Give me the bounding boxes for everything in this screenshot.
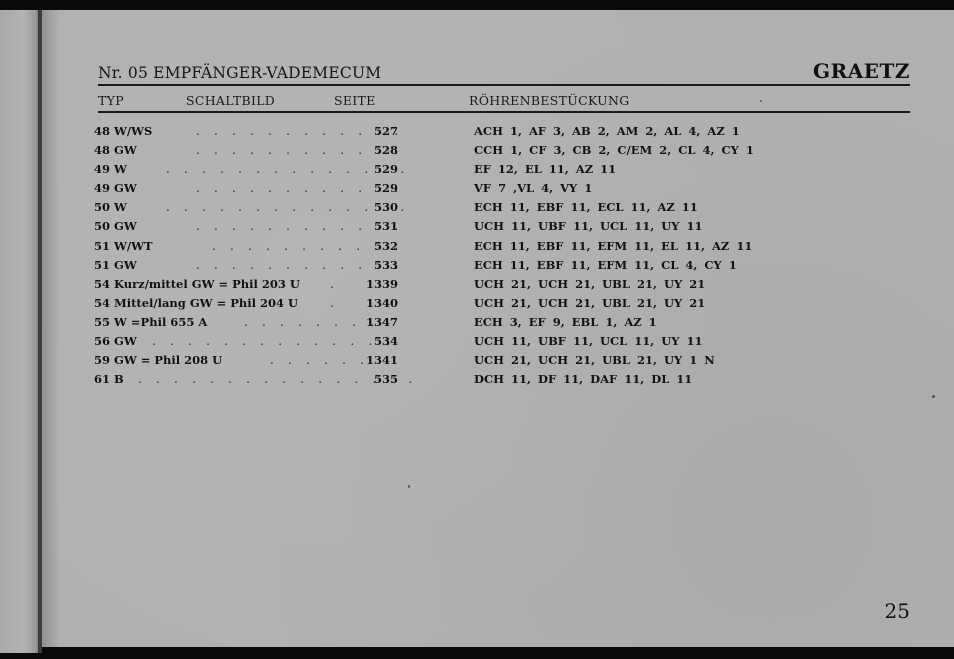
page-reference: 1341 <box>352 353 398 367</box>
table-row: 49 GW. . . . . . . . . . . .529VF 7 ,VL … <box>94 179 814 198</box>
receiver-type: 48 W/WS <box>94 124 152 138</box>
page-reference: 529 <box>352 162 398 176</box>
page-reference: 529 <box>352 181 398 195</box>
receiver-type: 54 Mittel/lang GW = Phil 204 U <box>94 296 298 310</box>
receiver-type: 54 Kurz/mittel GW = Phil 203 U <box>94 277 300 291</box>
dot-leader: . <box>330 277 339 291</box>
paper-speck <box>408 485 410 488</box>
column-header-schaltbild: SCHALTBILD <box>186 93 275 108</box>
page-reference: 531 <box>352 219 398 233</box>
dot-leader: . <box>330 296 339 310</box>
tube-complement: CCH 1, CF 3, CB 2, C/EM 2, CL 4, CY 1 <box>474 143 754 157</box>
receiver-table: 48 W/WS. . . . . . . . . . . .527ACH 1, … <box>94 122 814 389</box>
page-shadow <box>42 10 60 647</box>
table-row: 48 GW. . . . . . . . . . . .528CCH 1, CF… <box>94 141 814 160</box>
tube-complement: EF 12, EL 11, AZ 11 <box>474 162 616 176</box>
table-row: 48 W/WS. . . . . . . . . . . .527ACH 1, … <box>94 122 814 141</box>
tube-complement: UCH 11, UBF 11, UCL 11, UY 11 <box>474 219 703 233</box>
page-reference: 530 <box>352 200 398 214</box>
receiver-type: 49 W <box>94 162 127 176</box>
receiver-type: 49 GW <box>94 181 137 195</box>
receiver-type: 59 GW = Phil 208 U <box>94 353 222 367</box>
paper-speck <box>932 395 935 398</box>
page-reference: 1340 <box>352 296 398 310</box>
table-row: 50 W. . . . . . . . . . . . . .530ECH 11… <box>94 198 814 217</box>
tube-complement: ECH 11, EBF 11, EFM 11, EL 11, AZ 11 <box>474 239 752 253</box>
page-reference: 1339 <box>352 277 398 291</box>
receiver-type: 56 GW <box>94 334 137 348</box>
tube-complement: VF 7 ,VL 4, VY 1 <box>474 181 592 195</box>
tube-complement: UCH 21, UCH 21, UBL 21, UY 1 N <box>474 353 715 367</box>
page-reference: 1347 <box>352 315 398 329</box>
table-row: 51 W/WT. . . . . . . . . . .532ECH 11, E… <box>94 237 814 256</box>
column-header-typ: TYP <box>98 93 124 108</box>
table-row: 55 W =Phil 655 A. . . . . . . .1347ECH 3… <box>94 313 814 332</box>
brand-name: GRAETZ <box>813 59 910 83</box>
table-row: 54 Mittel/lang GW = Phil 204 U.1340UCH 2… <box>94 294 814 313</box>
receiver-type: 48 GW <box>94 143 137 157</box>
page-title: Nr. 05 EMPFÄNGER-VADEMECUM <box>98 64 381 82</box>
tube-complement: UCH 11, UBF 11, UCL 11, UY 11 <box>474 334 703 348</box>
receiver-type: 51 GW <box>94 258 137 272</box>
tube-complement: ECH 11, EBF 11, ECL 11, AZ 11 <box>474 200 698 214</box>
page-reference: 535 <box>352 372 398 386</box>
table-row: 61 B. . . . . . . . . . . . . . . .535DC… <box>94 370 814 389</box>
page-reference: 527 <box>352 124 398 138</box>
receiver-type: 51 W/WT <box>94 239 153 253</box>
paper-speck <box>760 100 762 102</box>
tube-complement: ECH 11, EBF 11, EFM 11, CL 4, CY 1 <box>474 258 737 272</box>
table-row: 49 W. . . . . . . . . . . . . .529EF 12,… <box>94 160 814 179</box>
book-page: Nr. 05 EMPFÄNGER-VADEMECUM GRAETZ TYP SC… <box>42 10 954 647</box>
receiver-type: 50 GW <box>94 219 137 233</box>
receiver-type: 55 W =Phil 655 A <box>94 315 207 329</box>
table-row: 50 GW. . . . . . . . . . . .531UCH 11, U… <box>94 217 814 236</box>
page-number: 25 <box>885 599 910 623</box>
header-rule <box>98 84 910 86</box>
table-row: 54 Kurz/mittel GW = Phil 203 U.1339UCH 2… <box>94 275 814 294</box>
tube-complement: ECH 3, EF 9, EBL 1, AZ 1 <box>474 315 657 329</box>
tube-complement: DCH 11, DF 11, DAF 11, DL 11 <box>474 372 692 386</box>
table-row: 59 GW = Phil 208 U. . . . . .1341UCH 21,… <box>94 351 814 370</box>
tube-complement: ACH 1, AF 3, AB 2, AM 2, AL 4, AZ 1 <box>474 124 740 138</box>
page-reference: 532 <box>352 239 398 253</box>
page-reference: 534 <box>352 334 398 348</box>
column-header-roehrenbestueckung: RÖHRENBESTÜCKUNG <box>469 93 630 108</box>
page-reference: 533 <box>352 258 398 272</box>
table-row: 56 GW. . . . . . . . . . . . . .534UCH 1… <box>94 332 814 351</box>
tube-complement: UCH 21, UCH 21, UBL 21, UY 21 <box>474 277 705 291</box>
column-header-seite: SEITE <box>334 93 376 108</box>
page-reference: 528 <box>352 143 398 157</box>
left-page-edge <box>0 10 40 653</box>
receiver-type: 50 W <box>94 200 127 214</box>
column-header-rule <box>98 111 910 113</box>
table-row: 51 GW. . . . . . . . . . . .533ECH 11, E… <box>94 256 814 275</box>
receiver-type: 61 B <box>94 372 124 386</box>
paper-speck <box>106 190 108 192</box>
tube-complement: UCH 21, UCH 21, UBL 21, UY 21 <box>474 296 705 310</box>
